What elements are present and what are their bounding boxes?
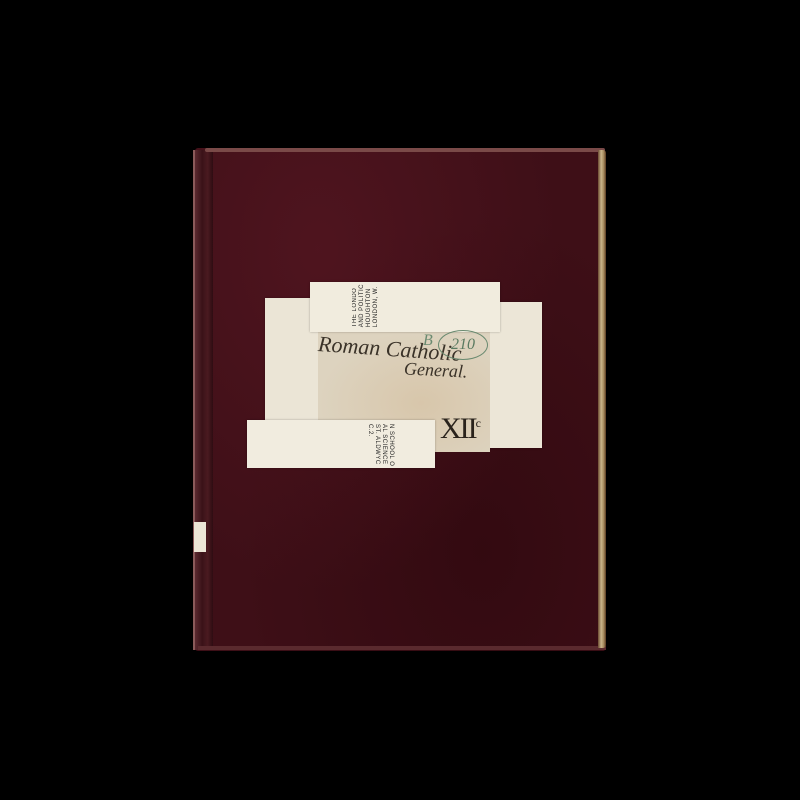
cover-bottom-edge	[198, 646, 606, 650]
notebook-spine	[193, 150, 213, 650]
handwritten-subtitle: General.	[403, 358, 467, 382]
circled-number: 210	[438, 330, 488, 360]
cover-top-edge	[205, 148, 605, 152]
printed-text-fragment: THE LONDO AND POLITIC HOUGHTON LONDON, W…	[352, 284, 380, 327]
printed-text-fragment: N SCHOOL O AL SCIENCE ST. ALDWYC C.2.	[366, 424, 394, 466]
roman-numeral: XIIc	[440, 412, 481, 446]
spine-tag	[194, 522, 206, 552]
paper-strip	[247, 420, 435, 468]
page-edges	[598, 150, 606, 648]
paper-strip	[310, 282, 500, 332]
roman-suffix: c	[476, 416, 481, 430]
letter-mark: B	[423, 332, 433, 350]
roman-numeral-text: XII	[440, 412, 476, 445]
